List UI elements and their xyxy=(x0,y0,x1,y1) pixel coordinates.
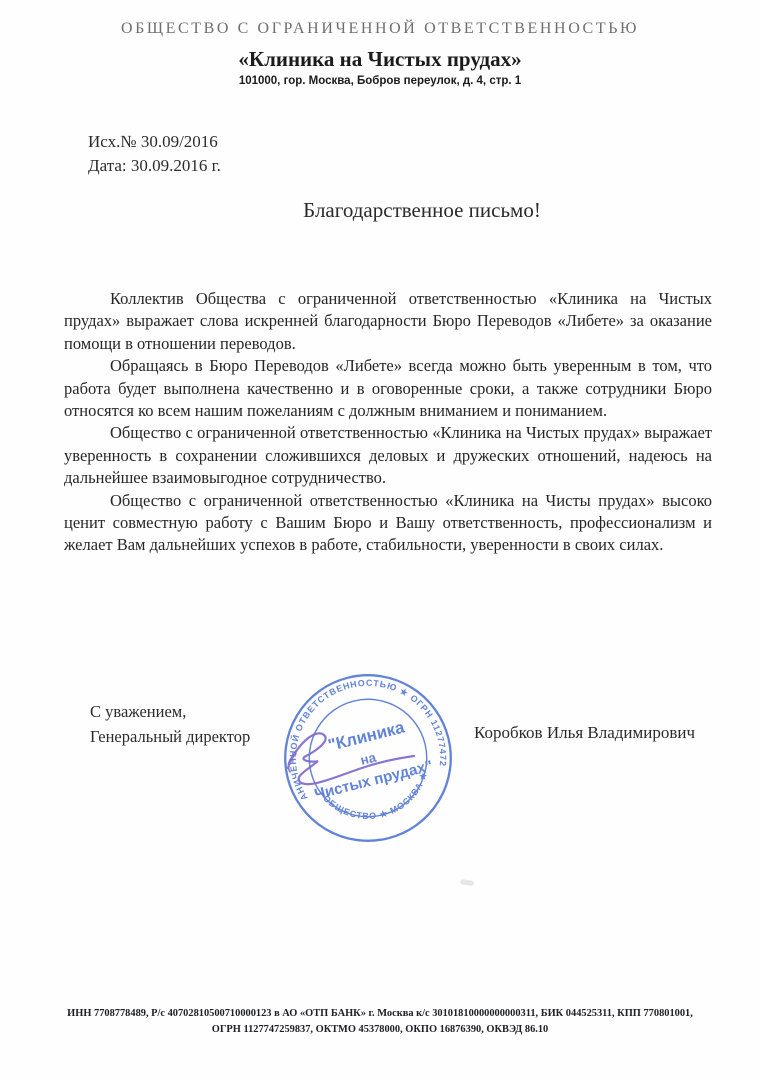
letter-title: Благодарственное письмо! xyxy=(42,198,760,223)
closing-block: С уважением, Генеральный директор xyxy=(90,699,250,749)
paragraph: Коллектив Общества с ограниченной ответс… xyxy=(64,288,712,355)
footer-line2: ОГРН 1127747259837, ОКТМО 45378000, ОКПО… xyxy=(40,1022,720,1038)
footer-line1: ИНН 7708778489, Р/с 40702810500710000123… xyxy=(40,1006,720,1022)
letter-page: ОБЩЕСТВО С ОГРАНИЧЕННОЙ ОТВЕТСТВЕННОСТЬЮ… xyxy=(0,0,760,1080)
company-address: 101000, гор. Москва, Бобров переулок, д.… xyxy=(0,75,760,87)
signer-name: Коробков Илья Владимирович xyxy=(474,723,695,743)
closing-line: С уважением, xyxy=(90,699,250,724)
outgoing-number: Исх.№ 30.09/2016 xyxy=(88,130,221,154)
letterhead: ОБЩЕСТВО С ОГРАНИЧЕННОЙ ОТВЕТСТВЕННОСТЬЮ… xyxy=(0,20,760,87)
footer-requisites: ИНН 7708778489, Р/с 40702810500710000123… xyxy=(40,1006,720,1037)
letter-body: Коллектив Общества с ограниченной ответс… xyxy=(64,288,712,557)
signer-position: Генеральный директор xyxy=(90,724,250,749)
signature-scribble xyxy=(268,710,428,805)
paragraph: Общество с ограниченной ответственностью… xyxy=(64,490,712,557)
paragraph: Общество с ограниченной ответственностью… xyxy=(64,422,712,489)
paragraph: Обращаясь в Бюро Переводов «Либете» всег… xyxy=(64,355,712,422)
smudge-mark xyxy=(460,879,475,886)
signature-stroke-flourish xyxy=(288,754,296,772)
date-line: Дата: 30.09.2016 г. xyxy=(88,154,221,178)
signature-stroke xyxy=(288,733,414,784)
company-name: «Клиника на Чистых прудах» xyxy=(0,47,760,72)
ref-block: Исх.№ 30.09/2016 Дата: 30.09.2016 г. xyxy=(88,130,221,178)
org-type-line: ОБЩЕСТВО С ОГРАНИЧЕННОЙ ОТВЕТСТВЕННОСТЬЮ xyxy=(0,20,760,38)
